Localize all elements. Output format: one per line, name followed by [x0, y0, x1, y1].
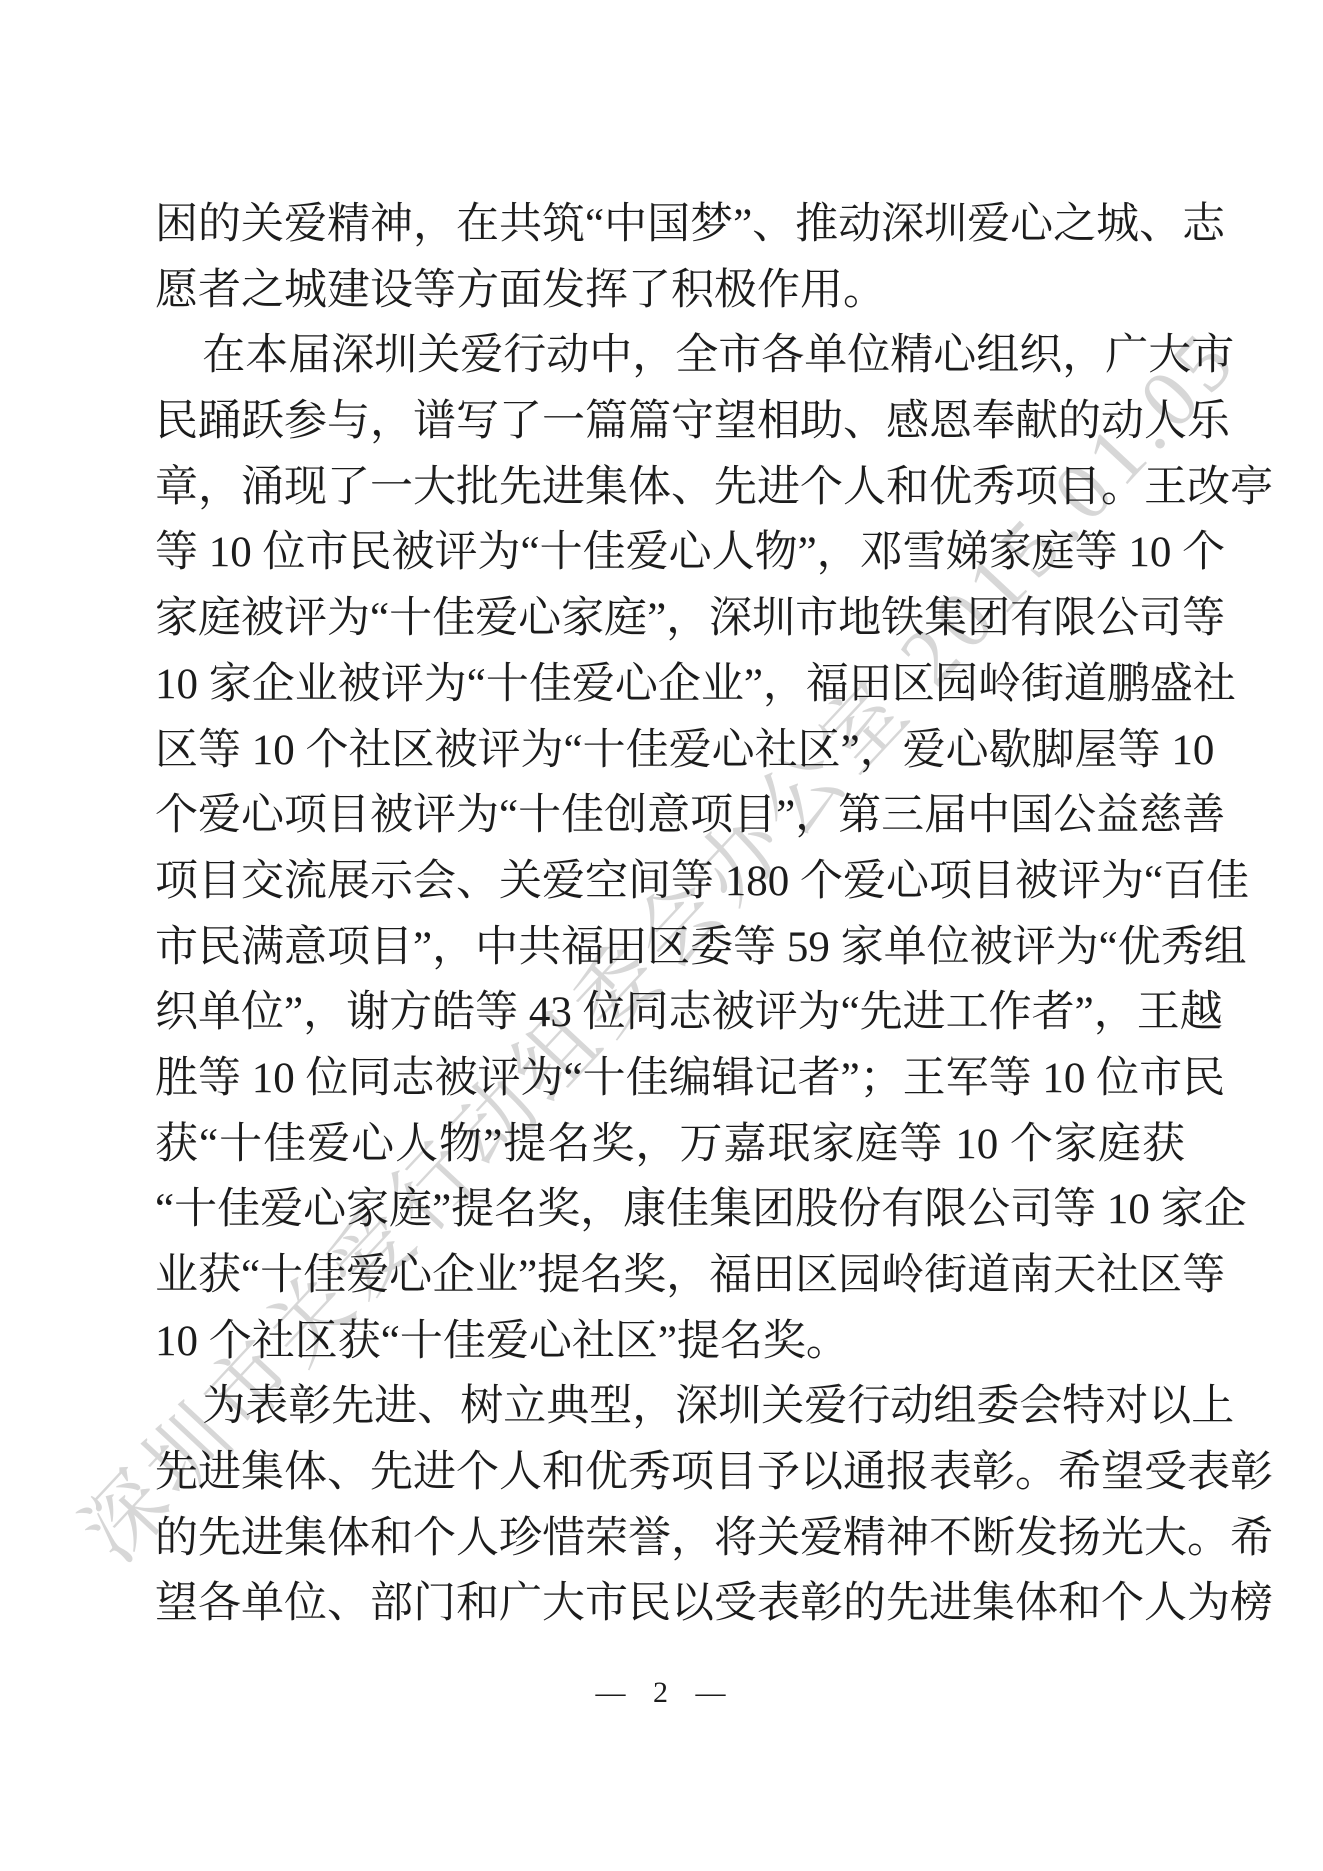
text-line: 项目交流展示会、关爱空间等 180 个爱心项目被评为“百佳: [155, 849, 1185, 915]
text-line: 获“十佳爱心人物”提名奖，万嘉珉家庭等 10 个家庭获: [155, 1112, 1185, 1178]
text-line: 区等 10 个社区被评为“十佳爱心社区”，爱心歇脚屋等 10: [155, 718, 1185, 784]
text-line: 家庭被评为“十佳爱心家庭”，深圳市地铁集团有限公司等: [155, 586, 1185, 652]
text-line: 个爱心项目被评为“十佳创意项目”，第三届中国公益慈善: [155, 783, 1185, 849]
text-line: 等 10 位市民被评为“十佳爱心人物”，邓雪娣家庭等 10 个: [155, 520, 1185, 586]
text-line: 在本届深圳关爱行动中，全市各单位精心组织，广大市: [155, 323, 1185, 389]
text-line: 先进集体、先进个人和优秀项目予以通报表彰。希望受表彰: [155, 1440, 1185, 1506]
text-line: 胜等 10 位同志被评为“十佳编辑记者”；王军等 10 位市民: [155, 1046, 1185, 1112]
page-number: — 2 —: [0, 1676, 1323, 1710]
text-line: 愿者之城建设等方面发挥了积极作用。: [155, 258, 1185, 324]
body-text: 困的关爱精神，在共筑“中国梦”、推动深圳爱心之城、志 愿者之城建设等方面发挥了积…: [155, 192, 1185, 1637]
text-line: 业获“十佳爱心企业”提名奖，福田区园岭街道南天社区等: [155, 1243, 1185, 1309]
text-line: 困的关爱精神，在共筑“中国梦”、推动深圳爱心之城、志: [155, 192, 1185, 258]
text-line: 民踊跃参与，谱写了一篇篇守望相助、感恩奉献的动人乐: [155, 389, 1185, 455]
document-page: 深圳市关爱行动组委会办公室 2015.01.05 困的关爱精神，在共筑“中国梦”…: [0, 0, 1323, 1871]
text-line: 10 家企业被评为“十佳爱心企业”，福田区园岭街道鹏盛社: [155, 652, 1185, 718]
text-line: 织单位”，谢方皓等 43 位同志被评为“先进工作者”，王越: [155, 980, 1185, 1046]
text-line: 的先进集体和个人珍惜荣誉，将关爱精神不断发扬光大。希: [155, 1506, 1185, 1572]
text-line: “十佳爱心家庭”提名奖，康佳集团股份有限公司等 10 家企: [155, 1177, 1185, 1243]
text-line: 章，涌现了一大批先进集体、先进个人和优秀项目。王改亭: [155, 455, 1185, 521]
text-line: 10 个社区获“十佳爱心社区”提名奖。: [155, 1309, 1185, 1375]
text-line: 市民满意项目”，中共福田区委等 59 家单位被评为“优秀组: [155, 915, 1185, 981]
text-line: 为表彰先进、树立典型，深圳关爱行动组委会特对以上: [155, 1374, 1185, 1440]
text-line: 望各单位、部门和广大市民以受表彰的先进集体和个人为榜: [155, 1571, 1185, 1637]
